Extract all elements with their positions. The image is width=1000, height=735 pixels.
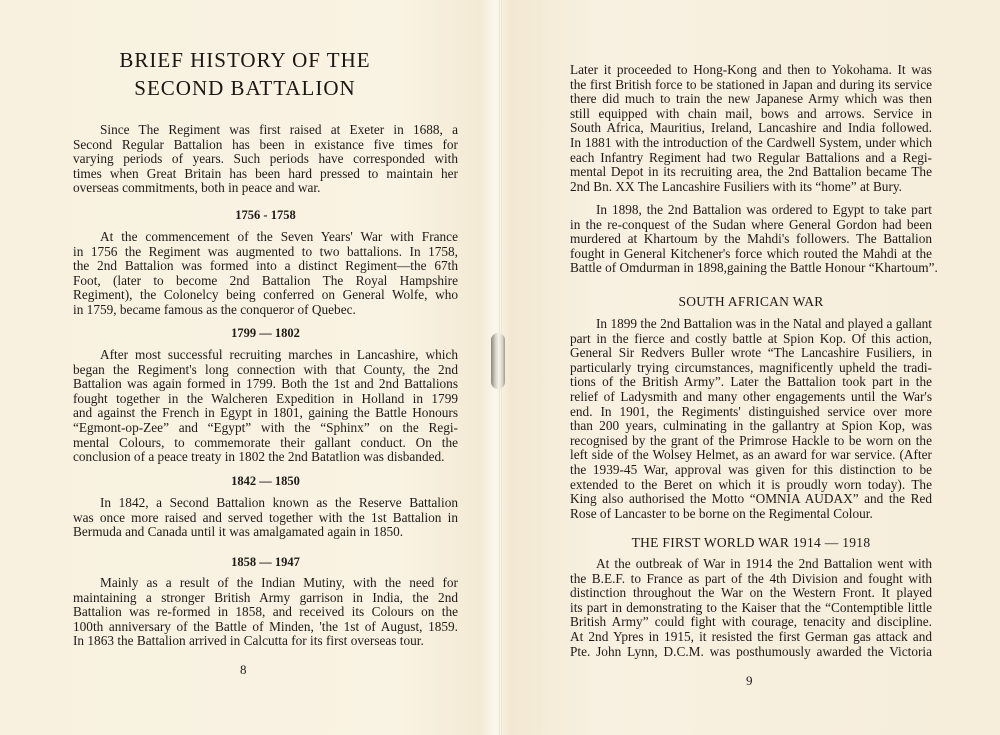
- text-line: varying periods of years. Such periods h…: [73, 152, 458, 167]
- page-number-right: 9: [746, 673, 753, 689]
- text-line: each Infantry Regiment had two Regular B…: [570, 151, 932, 166]
- text-line: the 1939-45 War, approval was given for …: [570, 463, 932, 478]
- text-line: Battalion was again formed in 1799. Both…: [73, 377, 458, 392]
- text-line: In 1898, the 2nd Battalion was ordered t…: [570, 203, 932, 218]
- text-line: Rose of Lancaster to be borne on the Reg…: [570, 507, 932, 522]
- text-line: Later it proceeded to Hong-Kong and then…: [570, 63, 932, 78]
- text-line: In 1881 with the introduction of the Car…: [570, 136, 932, 151]
- text-line: still equipped with chain mail, bows and…: [570, 107, 932, 122]
- section-heading-1842: 1842 — 1850: [73, 474, 458, 489]
- text-line: Regiment), the Colonelcy being conferred…: [73, 288, 458, 303]
- text-line: At the outbreak of War in 1914 the 2nd B…: [570, 557, 932, 572]
- text-line: After most successful recruiting marches…: [73, 348, 458, 363]
- text-line: in 1756 the Regiment was augmented to tw…: [73, 245, 458, 260]
- text-line: In 1863 the Battalion arrived in Calcutt…: [73, 634, 458, 649]
- text-line: left side of the Wolsey Helmet, as an aw…: [570, 448, 932, 463]
- section-paragraph-south-african-war: In 1899 the 2nd Battalion was in the Nat…: [570, 317, 932, 521]
- sudan-paragraph: In 1898, the 2nd Battalion was ordered t…: [570, 203, 932, 276]
- text-line: At the commencement of the Seven Years' …: [73, 230, 458, 245]
- text-line: the B.E.F. to France as part of the 4th …: [570, 572, 932, 587]
- text-line: In 1899 the 2nd Battalion was in the Nat…: [570, 317, 932, 332]
- text-line: than 200 years, culminating in the galla…: [570, 419, 932, 434]
- section-heading-1756: 1756 - 1758: [73, 208, 458, 223]
- text-line: mental Depot in its recruiting area, the…: [570, 165, 932, 180]
- text-line: the first British force to be stationed …: [570, 78, 932, 93]
- text-line: King also authorised the Motto “OMNIA AU…: [570, 492, 932, 507]
- text-line: Battalion was re-formed in 1858, and rec…: [73, 605, 458, 620]
- text-line: mental Colours, to commemorate their gal…: [73, 436, 458, 451]
- text-line: Mainly as a result of the Indian Mutiny,…: [73, 576, 458, 591]
- text-line: end. In 1901, the Regiments' distinguish…: [570, 405, 932, 420]
- text-line: the 2nd Battalion was formed into a dist…: [73, 259, 458, 274]
- text-line: Battle of Omdurman in 1898,gaining the B…: [570, 261, 932, 276]
- section-paragraph-1858: Mainly as a result of the Indian Mutiny,…: [73, 576, 458, 649]
- text-line: there did much to train the new Japanese…: [570, 92, 932, 107]
- text-line: General Sir Redvers Buller wrote “The La…: [570, 346, 932, 361]
- text-line: “Egmont-op-Zee” and “Egypt” with the “Sp…: [73, 421, 458, 436]
- text-line: and against the French in Egypt in 1801,…: [73, 406, 458, 421]
- section-paragraph-first-world-war: At the outbreak of War in 1914 the 2nd B…: [570, 557, 932, 659]
- page-title-line2: SECOND BATTALION: [70, 74, 420, 102]
- text-line: recognised by the grant of the Primrose …: [570, 434, 932, 449]
- text-line: times when Great Britain has been hard p…: [73, 167, 458, 182]
- text-line: 2nd Bn. XX The Lancashire Fusiliers with…: [570, 180, 932, 195]
- section-heading-south-african-war: SOUTH AFRICAN WAR: [570, 294, 932, 310]
- text-line: its part in demonstrating to the Kaiser …: [570, 601, 932, 616]
- text-line: overseas commitments, both in peace and …: [73, 181, 458, 196]
- text-line: Second Regular Battalion has been in exi…: [73, 138, 458, 153]
- text-line: relief of Ladysmith and many other engag…: [570, 390, 932, 405]
- text-line: Bermuda and Canada until it was amalgama…: [73, 525, 458, 540]
- text-line: maintaining a stronger British Army garr…: [73, 591, 458, 606]
- text-line: in the re-conquest of the Sudan where Ge…: [570, 218, 932, 233]
- text-line: was once more raised and served together…: [73, 511, 458, 526]
- text-line: tions of the British Army”. Later the Ba…: [570, 375, 932, 390]
- section-paragraph-1756: At the commencement of the Seven Years' …: [73, 230, 458, 318]
- text-line: conclusion of a peace treaty in 1802 the…: [73, 450, 458, 465]
- text-line: Foot, (later to become 2nd Battalion The…: [73, 274, 458, 289]
- continuation-paragraph: Later it proceeded to Hong-Kong and then…: [570, 63, 932, 194]
- text-line: in 1759, became famous as the conqueror …: [73, 303, 458, 318]
- text-line: particularly trying circumstances, magni…: [570, 361, 932, 376]
- page-number-left: 8: [240, 662, 247, 678]
- intro-paragraph: Since The Regiment was first raised at E…: [73, 123, 458, 196]
- text-line: extended to the Beret on which it is pro…: [570, 478, 932, 493]
- text-line: fought together in the Walcheren Expedit…: [73, 392, 458, 407]
- section-paragraph-1842: In 1842, a Second Battalion known as the…: [73, 496, 458, 540]
- text-line: fought in General Kitchener's force whic…: [570, 247, 932, 262]
- booklet-spread: BRIEF HISTORY OF THE SECOND BATTALION Si…: [0, 0, 1000, 735]
- section-paragraph-1799: After most successful recruiting marches…: [73, 348, 458, 465]
- text-line: Since The Regiment was first raised at E…: [73, 123, 458, 138]
- text-line: At 2nd Ypres in 1915, it resisted the fi…: [570, 630, 932, 645]
- section-heading-1799: 1799 — 1802: [73, 326, 458, 341]
- text-line: began the Regiment's long connection wit…: [73, 363, 458, 378]
- text-line: In 1842, a Second Battalion known as the…: [73, 496, 458, 511]
- text-line: British Army” could fight with courage, …: [570, 615, 932, 630]
- section-heading-1858: 1858 — 1947: [73, 555, 458, 570]
- text-line: murdered at Khartoum by the Mahdi's foll…: [570, 232, 932, 247]
- text-line: distinction throughout the War on the We…: [570, 586, 932, 601]
- text-line: part in the fierce and costly battle at …: [570, 332, 932, 347]
- text-line: 100th anniversary of the Battle of Minde…: [73, 620, 458, 635]
- text-line: South Africa, Mauritius, Ireland, Lancas…: [570, 121, 932, 136]
- page-title-line1: BRIEF HISTORY OF THE: [70, 46, 420, 74]
- text-line: Pte. John Lynn, D.C.M. was posthumously …: [570, 645, 932, 660]
- section-heading-first-world-war: THE FIRST WORLD WAR 1914 — 1918: [570, 535, 932, 551]
